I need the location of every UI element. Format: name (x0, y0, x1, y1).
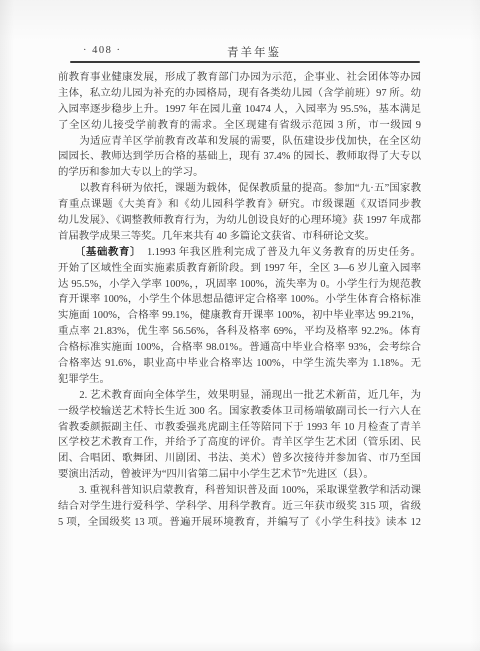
text-line: 前教育事业健康发展，形成了教育部门办园为示范，企事业、社会团体等办园为 (58, 70, 421, 86)
text-line: 2. 艺术教育面向全体学生，效果明显，涌现出一批艺术新苗，近几年，为高 (58, 388, 421, 404)
text-line: 幼儿发展》、《调整教师教育行为，为幼儿创设良好的心理环境》获 1997 年成都市 (58, 213, 421, 229)
paragraph: 3. 重视科普知识启蒙教育，科普知识普及面 100%，采取课堂教学和活动课结合对… (58, 483, 421, 531)
page-number: · 408 · (83, 45, 122, 56)
text-line: 育开课率 100%，小学生个体思想品德评定合格率 100%。小学生体育合格标准 (58, 292, 421, 308)
text-line: 犯罪学生。 (58, 372, 421, 388)
text-line: 区学校艺术教育工作，并给予了高度的评价。青羊区学生艺术团（管乐团、民乐 (58, 435, 421, 451)
scanned-page: · 408 · 青羊年鉴 前教育事业健康发展，形成了教育部门办园为示范，企事业、… (0, 0, 480, 651)
text-line: 达 95.5%，小学入学率 100%，，巩固率 100%，流失率为 0。小学生行… (58, 277, 421, 293)
text-line: 育重点课题《大美育》和《幼儿园科学教育》研究。市级课题《双语同步教育，促进 (58, 197, 421, 213)
text-line: 合格标准实施面 100%，合格率 98.01%。普通高中毕业合格率 93%，会考… (58, 340, 421, 356)
text-line: 园园长、教师达到学历合格的基础上，现有 37.4% 的园长、教师取得了大专以上 (58, 149, 421, 165)
paragraph: 〔基础教育〕 1.1993 年我区胜利完成了普及九年义务教育的历史任务。开始了区… (58, 245, 421, 388)
paragraph: 前教育事业健康发展，形成了教育部门办园为示范，企事业、社会团体等办园为主体，私立… (58, 70, 421, 134)
text-line: 主体，私立幼儿园为补充的办园格局，现有各类幼儿园（含学前班）97 所。幼儿 (58, 86, 421, 102)
text-line: 的学历和参加大专以上的学习。 (58, 165, 421, 181)
text-line: 入园率逐步稳步上升。1997 年在园儿童 10474 人，入园率为 95.5%，… (58, 102, 421, 118)
text-line: 为适应青羊区学前教育改革和发展的需要，队伍建设步伐加快，在全区幼儿 (58, 134, 421, 150)
text-line: 结合对学生进行爱科学、学科学、用科学教育。近三年获市级奖 315 项，省级奖 (58, 499, 421, 515)
text-line: 首届教学成果三等奖。几年来共有 40 多篇论文获省、市科研论文奖。 (58, 229, 421, 245)
text-line: 实施面 100%，合格率 99.1%，健康教育开课率 100%，初中毕业率达 9… (58, 308, 421, 324)
body-text: 前教育事业健康发展，形成了教育部门办园为示范，企事业、社会团体等办园为主体，私立… (58, 70, 421, 531)
text-line: 要演出活动，曾被评为“四川省第二届中小学生艺术节”先进区（县）。 (58, 467, 421, 483)
text-line: 团、合唱团、歌舞团、川剧团、书法、美术）曾多次接待并参加省、市乃至国家的重 (58, 451, 421, 467)
text-line: 开始了区域性全面实施素质教育新阶段。到 1997 年，全区 3—6 岁儿童入园率 (58, 261, 421, 277)
text-line: 重点率 21.83%，优生率 56.56%，各科及格率 69%，平均及格率 92… (58, 324, 421, 340)
text-line: 省教委颜振副主任、市教委强兆虎副主任等陪同下于 1993 年 10 月检查了青羊 (58, 420, 421, 436)
text-line: 一级学校输送艺术特长生近 300 名。国家教委体卫司杨端敏副司长一行六人在 (58, 404, 421, 420)
text-line: 了全区幼儿接受学前教育的需求。全区现建有省级示范园 3 所，市一级园 9 所。 (58, 118, 421, 134)
section-label: 〔基础教育〕 (80, 247, 136, 258)
text-line: 3. 重视科普知识启蒙教育，科普知识普及面 100%，采取课堂教学和活动课 (58, 483, 421, 499)
header-title: 青羊年鉴 (227, 44, 281, 60)
text-line: 5 项，全国级奖 13 项。普遍开展环境教育，并编写了《小学生科技》读本 12 … (58, 515, 421, 531)
paragraph: 2. 艺术教育面向全体学生，效果明显，涌现出一批艺术新苗，近几年，为高一级学校输… (58, 388, 421, 483)
page-header: · 408 · 青羊年鉴 (70, 45, 420, 61)
text-line: 以教育科研为依托，课题为载体，促保教质量的提高。参加“九·五”国家教 (58, 181, 421, 197)
paragraph: 为适应青羊区学前教育改革和发展的需要，队伍建设步伐加快，在全区幼儿园园长、教师达… (58, 134, 421, 182)
paragraph: 以教育科研为依托，课题为载体，促保教质量的提高。参加“九·五”国家教育重点课题《… (58, 181, 421, 245)
text-line: 合格率达 91.6%，职业高中毕业合格率达 100%，中学生流失率为 1.18%… (58, 356, 421, 372)
text-line: 〔基础教育〕 1.1993 年我区胜利完成了普及九年义务教育的历史任务。 (58, 245, 421, 261)
header-rule (70, 61, 420, 63)
